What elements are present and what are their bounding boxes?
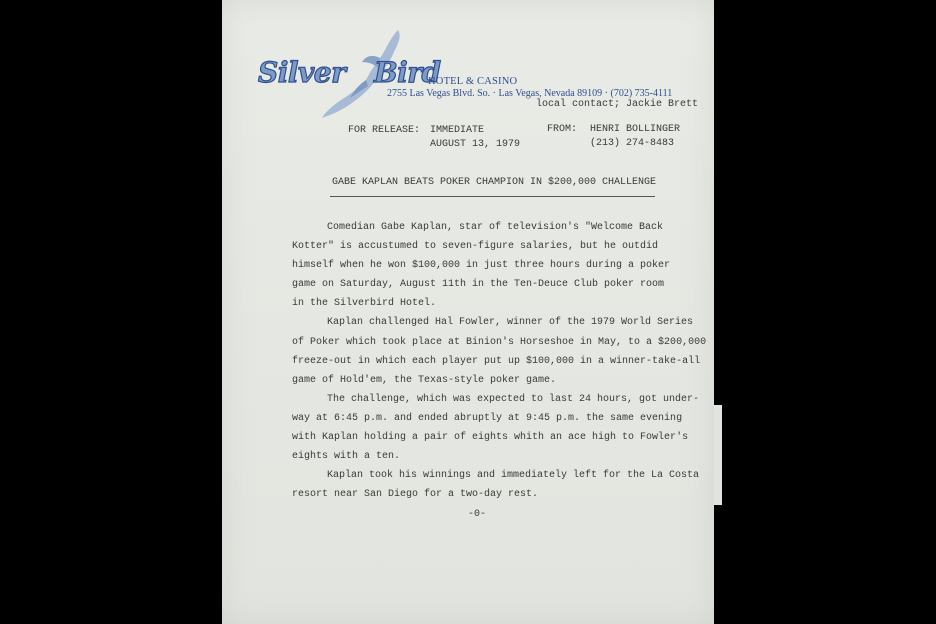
- headline: GABE KAPLAN BEATS POKER CHAMPION IN $200…: [332, 177, 656, 188]
- body-line: Kaplan challenged Hal Fowler, winner of …: [292, 313, 712, 332]
- from-label: FROM:: [547, 124, 577, 135]
- letterhead-subtitle: HOTEL & CASINO: [428, 76, 517, 87]
- body-line: freeze-out in which each player put up $…: [292, 352, 712, 371]
- body-line: resort near San Diego for a two-day rest…: [292, 485, 712, 504]
- press-release-page: Silver Bird HOTEL & CASINO 2755 Las Vega…: [222, 0, 714, 624]
- body-line: Comedian Gabe Kaplan, star of television…: [292, 218, 712, 237]
- from-name: HENRI BOLLINGER: [590, 124, 680, 135]
- release-date: AUGUST 13, 1979: [430, 139, 520, 150]
- silverbird-logo: Silver Bird: [256, 28, 516, 120]
- body-line: in the Silverbird Hotel.: [292, 294, 712, 313]
- body-line: himself when he won $100,000 in just thr…: [292, 256, 712, 275]
- body-line: with Kaplan holding a pair of eights whi…: [292, 428, 712, 447]
- body-line: eights with a ten.: [292, 447, 712, 466]
- headline-underline: [330, 196, 655, 197]
- end-mark: -0-: [468, 509, 486, 520]
- body-line: The challenge, which was expected to las…: [292, 390, 712, 409]
- body-text: Comedian Gabe Kaplan, star of television…: [292, 218, 712, 504]
- from-phone: (213) 274-8483: [590, 138, 674, 149]
- release-label: FOR RELEASE:: [348, 125, 420, 136]
- local-contact: local contact; Jackie Brett: [536, 99, 698, 110]
- body-line: Kaplan took his winnings and immediately…: [292, 466, 712, 485]
- release-value: IMMEDIATE: [430, 125, 484, 136]
- body-line: way at 6:45 p.m. and ended abruptly at 9…: [292, 409, 712, 428]
- letterhead-address: 2755 Las Vegas Blvd. So. · Las Vegas, Ne…: [387, 88, 672, 99]
- body-line: game on Saturday, August 11th in the Ten…: [292, 275, 712, 294]
- brand-word-silver: Silver: [258, 56, 345, 89]
- body-line: Kotter" is accustumed to seven-figure sa…: [292, 237, 712, 256]
- body-line: game of Hold'em, the Texas-style poker g…: [292, 371, 712, 390]
- page-edge-tear: [714, 405, 722, 505]
- body-line: of Poker which took place at Binion's Ho…: [292, 333, 712, 352]
